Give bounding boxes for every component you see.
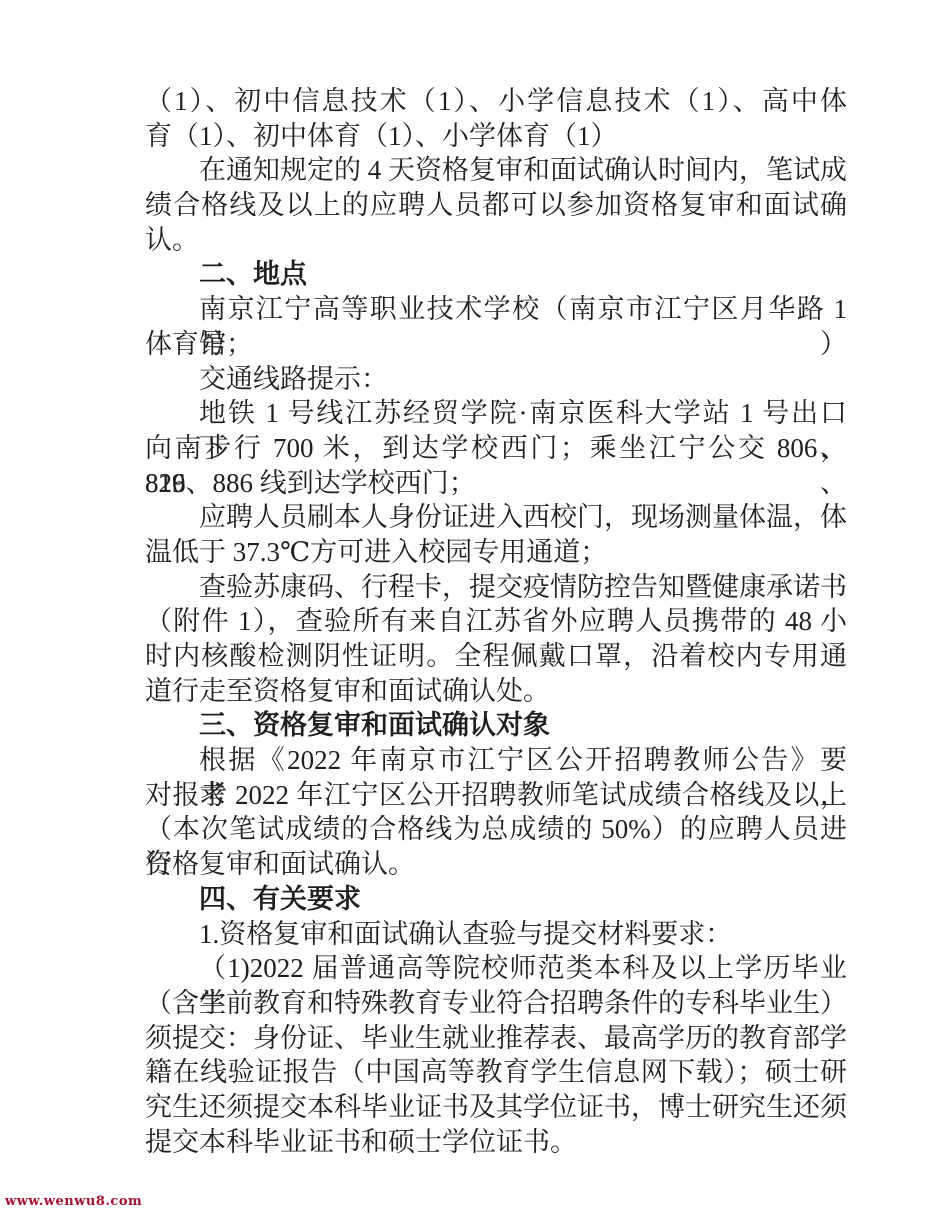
text-line: （本次笔试成绩的合格线为总成绩的 50%）的应聘人员进行: [145, 812, 847, 847]
text-line: 在通知规定的 4 天资格复审和面试确认时间内，笔试成: [145, 153, 847, 188]
text-line: 根据《2022 年南京市江宁区公开招聘教师公告》要求，: [145, 743, 847, 778]
text-line: 1.资格复审和面试确认查验与提交材料要求：: [145, 917, 847, 952]
text-line: 温低于 37.3℃方可进入校园专用通道；: [145, 535, 847, 570]
document-text-block: （1）、初中信息技术（1）、小学信息技术（1）、高中体育（1）、初中体育（1）、…: [145, 84, 847, 1159]
watermark-bottom-left: www.wenwu8.com: [5, 1194, 142, 1209]
text-line: 时内核酸检测阴性证明。全程佩戴口罩，沿着校内专用通: [145, 639, 847, 674]
text-line: 向南步行 700 米，到达学校西门；乘坐江宁公交 806、819、: [145, 431, 847, 466]
section-heading-line: 四、有关要求: [145, 882, 847, 917]
text-line: （附件 1），查验所有来自江苏省外应聘人员携带的 48 小: [145, 604, 847, 639]
text-line: 究生还须提交本科毕业证书及其学位证书，博士研究生还须: [145, 1090, 847, 1125]
text-line: 对报考 2022 年江宁区公开招聘教师笔试成绩合格线及以上: [145, 778, 847, 813]
document-page: （1）、初中信息技术（1）、小学信息技术（1）、高中体育（1）、初中体育（1）、…: [0, 0, 944, 1217]
text-line: 提交本科毕业证书和硕士学位证书。: [145, 1125, 847, 1160]
text-line: 南京江宁高等职业技术学校（南京市江宁区月华路 1 号）: [145, 292, 847, 327]
text-line: 应聘人员刷本人身份证进入西校门，现场测量体温，体: [145, 500, 847, 535]
text-line: 交通线路提示：: [145, 362, 847, 397]
text-line: 地铁 1 号线江苏经贸学院·南京医科大学站 1 号出口下，: [145, 396, 847, 431]
text-line: 籍在线验证报告（中国高等教育学生信息网下载）；硕士研: [145, 1055, 847, 1090]
text-line: 资格复审和面试确认。: [145, 847, 847, 882]
text-line: 绩合格线及以上的应聘人员都可以参加资格复审和面试确: [145, 188, 847, 223]
text-line: （含学前教育和特殊教育专业符合招聘条件的专科毕业生）: [145, 986, 847, 1021]
text-line: 查验苏康码、行程卡，提交疫情防控告知暨健康承诺书: [145, 570, 847, 605]
text-line: 认。: [145, 223, 847, 258]
text-line: 须提交：身份证、毕业生就业推荐表、最高学历的教育部学: [145, 1021, 847, 1056]
text-line: 育（1）、初中体育（1）、小学体育（1）: [145, 119, 847, 154]
section-heading-line: 二、地点: [145, 257, 847, 292]
section-heading-line: 三、资格复审和面试确认对象: [145, 708, 847, 743]
text-line: 道行走至资格复审和面试确认处。: [145, 674, 847, 709]
text-line: （1)2022 届普通高等院校师范类本科及以上学历毕业生: [145, 951, 847, 986]
text-line: （1）、初中信息技术（1）、小学信息技术（1）、高中体: [145, 84, 847, 119]
